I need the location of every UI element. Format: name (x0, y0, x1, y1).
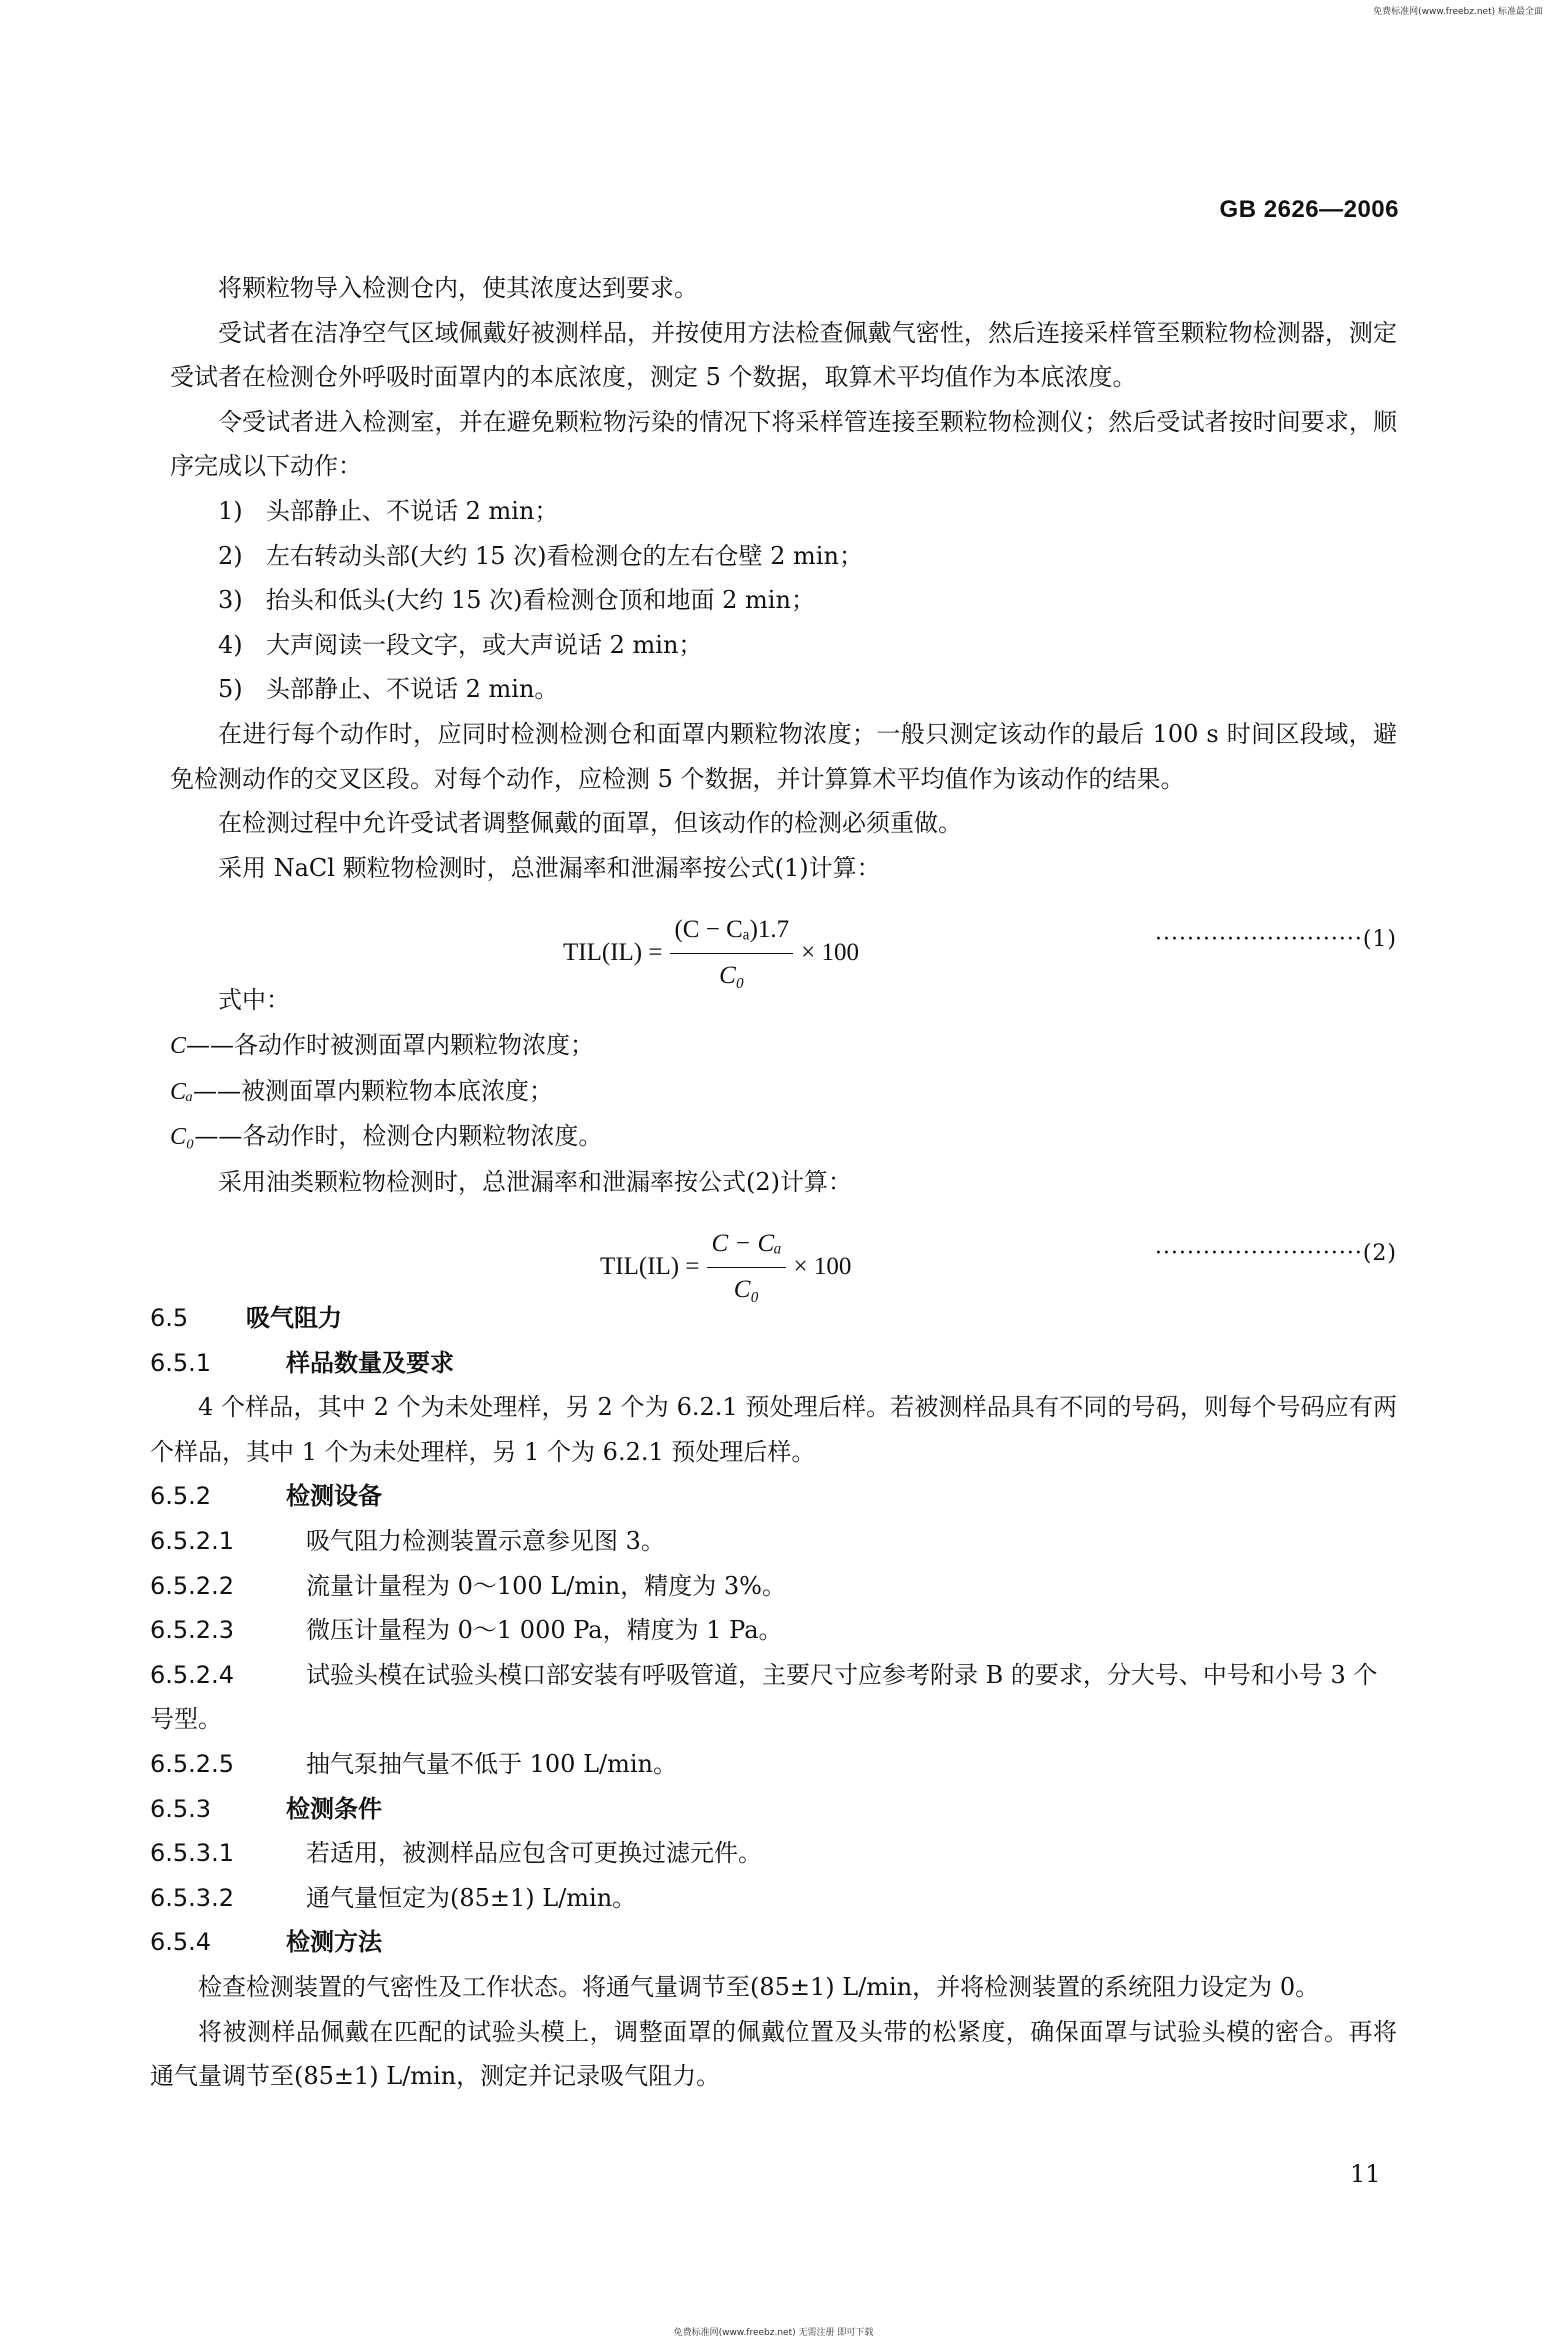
paragraph: 受试者在洁净空气区域佩戴好被测样品，并按使用方法检查佩戴气密性，然后连接采样管至… (170, 311, 1397, 400)
standard-code: GB 2626—2006 (1220, 196, 1399, 224)
clause-6-5-2-3: 6.5.2.3微压计量程为 0～1 000 Pa，精度为 1 Pa。 (150, 1608, 1397, 1653)
fraction: (C − Cₐ)1.7 C₀ (670, 908, 793, 999)
heading-6-5-2: 6.5.2检测设备 (150, 1474, 1397, 1519)
heading-6-5-1: 6.5.1样品数量及要求 (150, 1341, 1397, 1386)
paragraph: 将被测样品佩戴在匹配的试验头模上，调整面罩的佩戴位置及头带的松紧度，确保面罩与试… (150, 2010, 1397, 2099)
clause-6-5-3-1: 6.5.3.1若适用，被测样品应包含可更换过滤元件。 (150, 1831, 1397, 1876)
clause-6-5-3-2: 6.5.3.2通气量恒定为(85±1) L/min。 (150, 1876, 1397, 1921)
action-item: 5)头部静止、不说话 2 min。 (170, 667, 1397, 712)
clause-6-5-2-2: 6.5.2.2流量计量程为 0～100 L/min，精度为 3%。 (150, 1564, 1397, 1609)
clause-6-5-2-5: 6.5.2.5抽气泵抽气量不低于 100 L/min。 (150, 1742, 1397, 1787)
variable-definition: C——各动作时被测面罩内颗粒物浓度； (170, 1023, 1397, 1069)
paragraph: 4 个样品，其中 2 个为未处理样，另 2 个为 6.2.1 预处理后样。若被测… (150, 1385, 1397, 1474)
page-content: 将颗粒物导入检测仓内，使其浓度达到要求。 受试者在洁净空气区域佩戴好被测样品，并… (170, 266, 1397, 1292)
clause-6-5-2-1: 6.5.2.1吸气阻力检测装置示意参见图 3。 (150, 1519, 1397, 1564)
section-6-5: 6.5吸气阻力 6.5.1样品数量及要求 4 个样品，其中 2 个为未处理样，另… (150, 1296, 1397, 2099)
formula-number: ··························(1) (1155, 918, 1397, 963)
paragraph: 在检测过程中允许受试者调整佩戴的面罩，但该动作的检测必须重做。 (170, 801, 1397, 846)
watermark-top: 免费标准网(www.freebz.net) 标准最全面 (1373, 4, 1543, 17)
page-number: 11 (1350, 2160, 1381, 2188)
variable-definition: Cₐ——被测面罩内颗粒物本底浓度； (170, 1069, 1397, 1115)
heading-6-5: 6.5吸气阻力 (150, 1296, 1397, 1341)
formula-1: TIL(IL) = (C − Cₐ)1.7 C₀ × 100 ·········… (170, 894, 1397, 974)
watermark-bottom: 免费标准网(www.freebz.net) 无需注册 即可下载 (0, 2325, 1547, 2338)
heading-6-5-4: 6.5.4检测方法 (150, 1920, 1397, 1965)
variable-definition: C₀——各动作时，检测仓内颗粒物浓度。 (170, 1114, 1397, 1160)
paragraph: 将颗粒物导入检测仓内，使其浓度达到要求。 (170, 266, 1397, 311)
paragraph: 在进行每个动作时，应同时检测检测仓和面罩内颗粒物浓度；一般只测定该动作的最后 1… (170, 712, 1397, 801)
paragraph: 令受试者进入检测室，并在避免颗粒物污染的情况下将采样管连接至颗粒物检测仪；然后受… (170, 400, 1397, 489)
action-item: 4)大声阅读一段文字，或大声说话 2 min； (170, 623, 1397, 668)
formula-number: ··························(2) (1155, 1232, 1397, 1277)
formula-2: TIL(IL) = C − Cₐ C₀ × 100 ··············… (170, 1208, 1397, 1288)
action-item: 2)左右转动头部(大约 15 次)看检测仓的左右仓壁 2 min； (170, 534, 1397, 579)
heading-6-5-3: 6.5.3检测条件 (150, 1787, 1397, 1832)
paragraph: 检查检测装置的气密性及工作状态。将通气量调节至(85±1) L/min，并将检测… (150, 1965, 1397, 2010)
clause-6-5-2-4: 6.5.2.4试验头模在试验头模口部安装有呼吸管道，主要尺寸应参考附录 B 的要… (150, 1653, 1397, 1742)
paragraph: 采用 NaCl 颗粒物检测时，总泄漏率和泄漏率按公式(1)计算： (170, 846, 1397, 891)
paragraph: 采用油类颗粒物检测时，总泄漏率和泄漏率按公式(2)计算： (170, 1160, 1397, 1205)
action-item: 1)头部静止、不说话 2 min； (170, 489, 1397, 534)
action-item: 3)抬头和低头(大约 15 次)看检测仓顶和地面 2 min； (170, 578, 1397, 623)
